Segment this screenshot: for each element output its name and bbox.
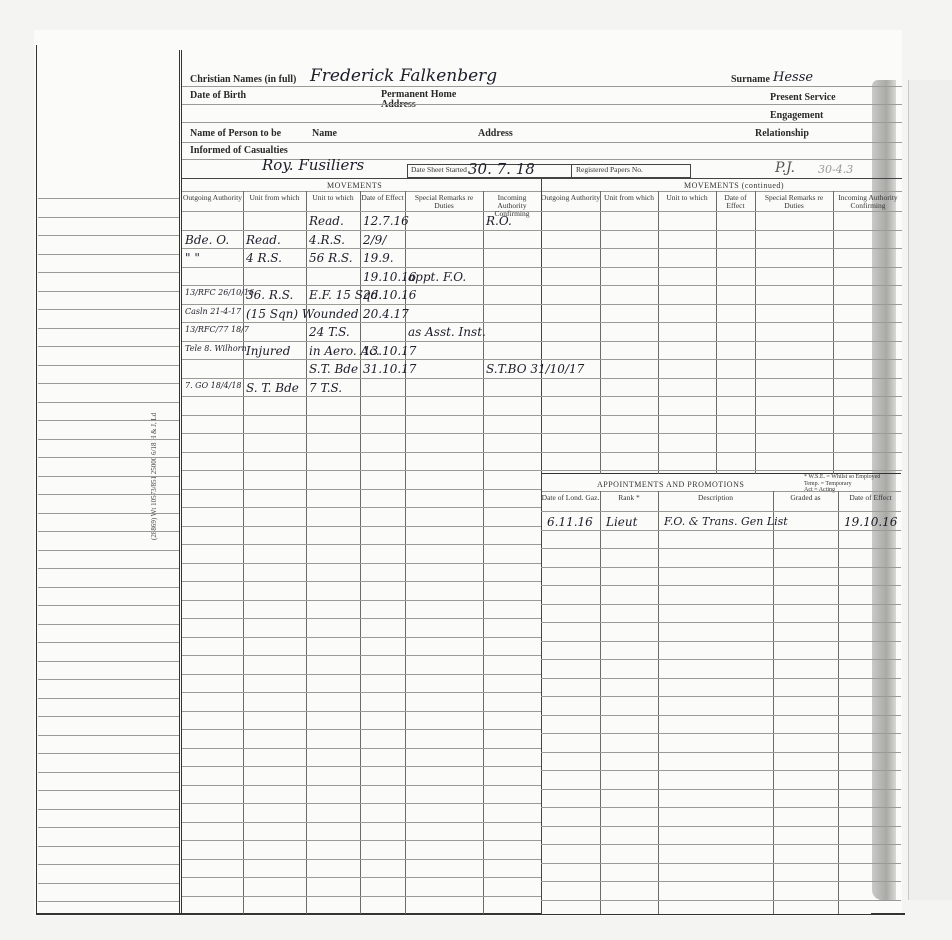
margin-rule [38,753,179,754]
margin-rule [38,365,179,366]
movement-cell-date[interactable]: 13.10.17 [363,344,416,358]
margin-rule [38,383,179,384]
name-label: Name [312,128,337,139]
app-row-rule [541,696,901,697]
movements-title: MOVEMENTS [327,181,382,190]
movement-cell-outgoing[interactable]: Bde. O. [185,233,229,247]
column-rule [600,191,601,474]
row-rule [182,489,541,490]
app-row-rule [541,567,901,568]
app-row-rule [541,789,901,790]
movement-cell-to[interactable]: 7 T.S. [309,381,342,395]
app-header-3: Graded as [773,494,838,502]
movement-cell-outgoing[interactable]: 13/RFC 26/10/16 [185,288,254,297]
row-rule [182,618,541,619]
row-rule [182,322,902,323]
app-row-rule [541,770,901,771]
margin-rule [38,642,179,643]
movement-cell-to[interactable]: Read. [309,214,344,228]
rule [571,164,572,177]
margin-rule [38,531,179,532]
rule [541,491,901,492]
movement-cell-date[interactable]: 12.7.16 [363,214,409,228]
row-rule [182,415,902,416]
rule [182,142,902,143]
margin-rule [38,790,179,791]
app-row-rule [541,659,901,660]
row-rule [182,655,541,656]
margin-rule [38,328,179,329]
rule [182,122,902,123]
row-rule [182,359,902,360]
movements-header-0: Outgoing Authority [182,194,243,202]
header-rule [182,211,902,212]
column-rule [306,191,307,914]
row-rule [182,526,541,527]
margin-rule [38,605,179,606]
movement-cell-to[interactable]: S.T. Bde [309,362,358,376]
movement-cell-outgoing[interactable]: 7. GO 18/4/18 [185,381,242,390]
section-divider [541,178,542,915]
row-rule [182,766,541,767]
app-column-rule [600,491,601,914]
app-cell-rank[interactable]: Lieut [606,515,637,529]
regiment-value[interactable]: Roy. Fusiliers [262,156,364,174]
movement-cell-date[interactable]: 2/9/ [363,233,386,247]
continued-header-1: Unit from which [600,194,658,202]
row-rule [182,452,902,453]
margin-rule [38,587,179,588]
margin-rule [38,735,179,736]
app-row-rule [541,733,901,734]
movement-cell-incoming[interactable]: S.T.BO 31/10/17 [486,362,584,376]
margin-rule [38,346,179,347]
app-column-rule [773,491,774,914]
row-rule [182,822,541,823]
surname-label: Surname [731,74,770,85]
continued-header-3: Date of Effect [716,194,755,210]
row-rule [182,600,541,601]
app-header-2: Description [658,494,773,502]
appointments-panel [541,474,871,914]
christian-names-value[interactable]: Frederick Falkenberg [310,66,497,86]
row-rule [182,785,541,786]
row-rule [182,674,541,675]
column-rule [483,191,484,914]
row-rule [182,544,541,545]
present-service-label: Present Service [770,92,836,103]
row-rule [182,859,541,860]
margin-rule [38,235,179,236]
movement-cell-from[interactable]: Read. [246,233,281,247]
row-rule [182,433,902,434]
movement-cell-date[interactable]: 19.9. [363,251,394,265]
home-address-label: Permanent HomeAddress [381,90,456,110]
margin-rule [38,439,179,440]
app-column-rule [658,491,659,914]
movements-header-2: Unit to which [306,194,360,202]
app-row-rule [541,641,901,642]
movement-cell-remarks[interactable]: as Asst. Inst. [408,325,486,339]
margin-rule [38,827,179,828]
row-rule [182,896,541,897]
margin-rule [38,624,179,625]
column-rule [833,191,834,474]
column-rule [716,191,717,474]
margin-rule [38,457,179,458]
movement-cell-date[interactable]: 20.4.17 [363,307,409,321]
app-row-rule [541,548,901,549]
legend-wse: * W.S.E. = Whilst so Employed [804,474,880,480]
legend-temp: Temp. = Temporary [804,481,852,487]
casualty-label-1: Name of Person to be [190,128,281,139]
margin-rule [38,661,179,662]
row-rule [182,267,902,268]
app-row-rule [541,585,901,586]
margin-rule [38,901,179,902]
app-row-rule [541,622,901,623]
rule [182,178,902,179]
row-rule [182,378,902,379]
app-row-rule [541,900,901,901]
movement-cell-incoming[interactable]: R.O. [486,214,512,228]
rule [182,191,902,192]
app-row-rule [541,604,901,605]
app-header-4: Date of Effect [838,494,903,502]
margin-rule [38,309,179,310]
row-rule [182,729,541,730]
app-row-rule [541,881,901,882]
app-row-rule [541,844,901,845]
margin-rule [38,198,179,199]
row-rule [182,285,902,286]
margin-rule [38,864,179,865]
row-rule [182,840,541,841]
movement-cell-from[interactable]: Injured [246,344,290,358]
surname-value[interactable]: Hesse [773,70,813,85]
movement-cell-to[interactable]: 24 T.S. [309,325,350,339]
registered-papers-label: Registered Papers No. [576,166,643,174]
movement-cell-remarks[interactable]: appt. F.O. [408,270,466,284]
pj-note: P.J. [775,160,795,176]
continued-header-0: Outgoing Authority [541,194,600,202]
margin-rule [38,568,179,569]
margin-rule [38,772,179,773]
continued-header-4: Special Remarks re Duties [755,194,833,210]
app-header-1: Rank * [600,494,658,502]
margin-rule [38,698,179,699]
movement-cell-outgoing[interactable]: Tele 8. Wilhorn [185,344,247,353]
row-rule [182,563,541,564]
row-rule [182,470,902,471]
row-rule [182,507,541,508]
app-column-rule [838,491,839,914]
margin-rule [38,809,179,810]
movement-cell-outgoing[interactable]: Casln 21-4-17 [185,307,241,316]
app-row-rule [541,715,901,716]
app-cell-gazette[interactable]: 6.11.16 [547,515,593,529]
app-row-rule [541,826,901,827]
margin-rule [38,716,179,717]
row-rule [182,711,541,712]
pj-date: 30-4.3 [818,163,853,176]
movements-header-4: Special Remarks re Duties [405,194,483,210]
row-rule [182,304,902,305]
engagement-label: Engagement [770,110,823,121]
margin-rule [38,291,179,292]
movements-header-3: Date of Effect [360,194,405,202]
appointments-title: APPOINTMENTS AND PROMOTIONS [597,480,744,489]
christian-names-label: Christian Names (in full) [190,74,296,85]
row-rule [182,581,541,582]
movement-cell-from[interactable]: S. T. Bde [246,381,299,395]
movements-continued-title: MOVEMENTS (continued) [684,181,784,190]
margin-rule [38,513,179,514]
margin-rule [38,679,179,680]
movement-cell-from[interactable]: 4 R.S. [246,251,282,265]
movement-cell-to[interactable]: 4.R.S. [309,233,345,247]
row-rule [182,877,541,878]
movement-cell-outgoing[interactable]: 13/RFC/77 18/7 [185,325,249,334]
margin-rule [38,550,179,551]
column-rule [755,191,756,474]
app-header-0: Date of Lond. Gaz. [541,494,600,502]
column-rule [243,191,244,914]
continued-header-2: Unit to which [658,194,716,202]
column-rule [658,191,659,474]
movement-cell-from[interactable]: 36. R.S. [246,288,293,302]
app-cell-description[interactable]: F.O. & Trans. Gen List [664,515,788,528]
row-rule [182,692,541,693]
app-row-rule [541,530,901,531]
row-rule [182,396,902,397]
margin-rule [38,494,179,495]
app-cell-effect[interactable]: 19.10.16 [844,515,897,529]
movement-cell-date[interactable]: 26.10.16 [363,288,416,302]
margin-rule [38,476,179,477]
address-label: Address [478,128,513,139]
movements-header-1: Unit from which [243,194,306,202]
row-rule [182,748,541,749]
movement-cell-from[interactable]: (15 Sqn) Wounded [246,307,359,321]
app-row-rule [541,511,901,512]
continued-header-5: Incoming Authority Confirming [833,194,903,210]
dob-label: Date of Birth [190,90,246,101]
margin-rule [38,254,179,255]
rule [182,86,902,87]
app-row-rule [541,807,901,808]
date-sheet-started-label: Date Sheet Started [411,166,467,174]
relationship-label: Relationship [755,128,809,139]
margin-rule [38,420,179,421]
app-row-rule [541,863,901,864]
movement-cell-outgoing[interactable]: " " [185,251,200,265]
row-rule [182,230,902,231]
app-row-rule [541,752,901,753]
date-sheet-started-value[interactable]: 30. 7. 18 [468,160,535,178]
movement-cell-to[interactable]: 56 R.S. [309,251,353,265]
row-rule [182,637,541,638]
margin-rule [38,272,179,273]
app-row-rule [541,678,901,679]
movement-cell-date[interactable]: 31.10.17 [363,362,416,376]
casualty-label-2: Informed of Casualties [190,145,288,156]
row-rule [182,248,902,249]
margin-rule [38,846,179,847]
row-rule [182,341,902,342]
rule [182,104,902,105]
margin-rule [38,402,179,403]
adjacent-page-edge [908,80,952,900]
row-rule [182,803,541,804]
margin-rule [38,217,179,218]
margin-rule [38,883,179,884]
